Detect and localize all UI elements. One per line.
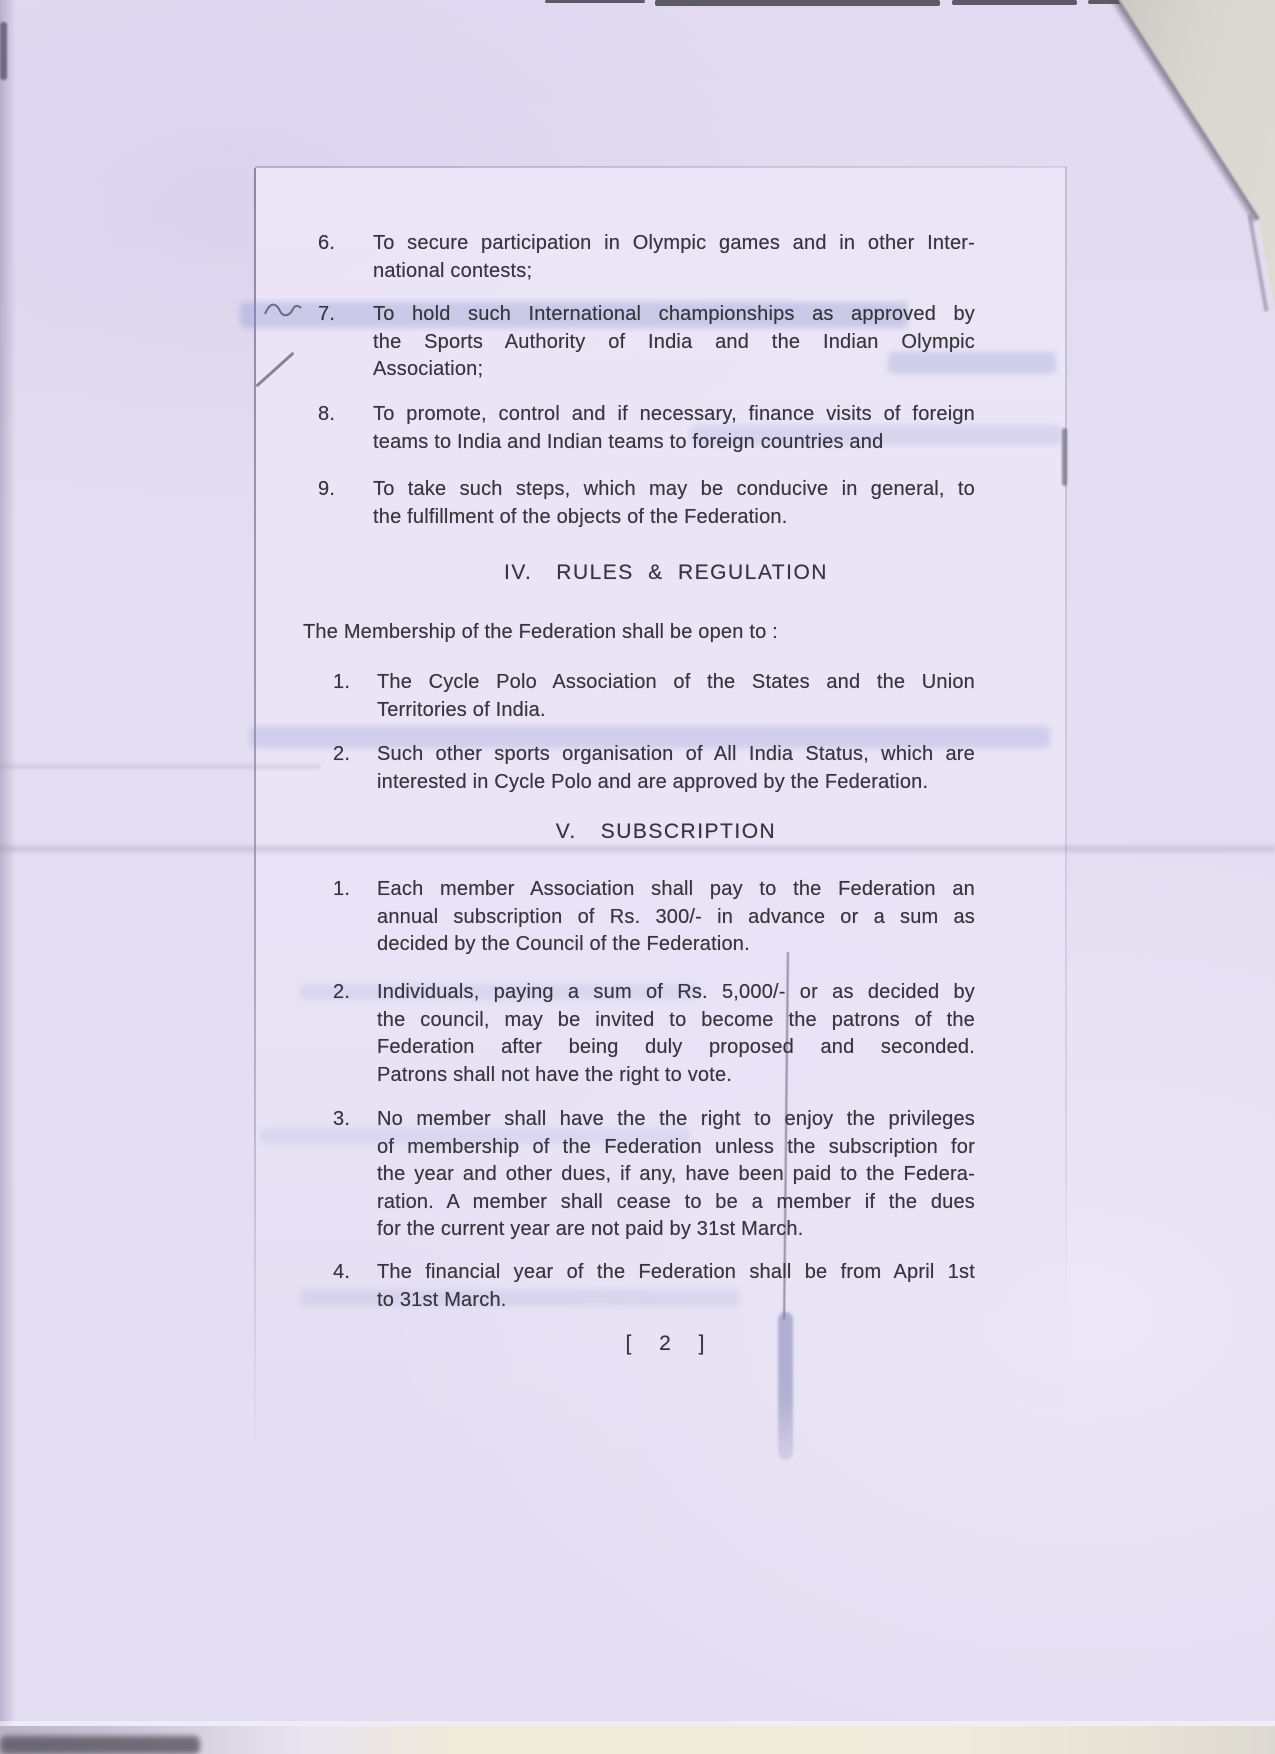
item-line: Patrons shall not have the right to vote… <box>377 1062 975 1090</box>
item-line: annual subscription of Rs. 300/- in adva… <box>377 904 975 932</box>
item-line: Federation after being duly proposed and… <box>377 1034 975 1062</box>
section-numeral: V. <box>556 820 577 843</box>
item-line: decided by the Council of the Federation… <box>377 931 975 959</box>
scan-top-strip-segment <box>1088 0 1146 4</box>
item-number: 8. <box>318 401 335 429</box>
item-line: interested in Cycle Polo and are approve… <box>377 769 975 797</box>
membership-item-2: 2. Such other sports organisation of All… <box>377 741 975 796</box>
subscription-item-3: 3. No member shall have the the right to… <box>377 1106 975 1244</box>
item-number: 1. <box>333 876 350 904</box>
item-line: To promote, control and if necessary, fi… <box>373 401 975 429</box>
item-line: national contests; <box>373 258 975 286</box>
scanned-document-page: { "document": { "objectives": { "items":… <box>0 0 1275 1754</box>
item-number: 2. <box>333 979 350 1007</box>
sheet-top-edge-line <box>255 166 1066 168</box>
item-line: ration. A member shall cease to be a mem… <box>377 1189 975 1217</box>
item-line: To secure participation in Olympic games… <box>373 230 975 258</box>
section-title: RULES & REGULATION <box>556 561 828 584</box>
item-line: of membership of the Federation unless t… <box>377 1134 975 1162</box>
section-heading-rules-regulation: IV.RULES & REGULATION <box>303 561 1029 585</box>
item-number: 3. <box>333 1106 350 1134</box>
item-line: the year and other dues, if any, have be… <box>377 1161 975 1189</box>
item-number: 1. <box>333 669 350 697</box>
bottom-left-smudge <box>0 1736 200 1754</box>
page-number: [ 2 ] <box>303 1332 1029 1356</box>
subscription-item-2: 2. Individuals, paying a sum of Rs. 5,00… <box>377 979 975 1089</box>
pen-stroke-mark <box>255 352 294 388</box>
pen-scribble-mark <box>262 298 304 322</box>
objective-item-9: 9. To take such steps, which may be cond… <box>373 476 975 531</box>
item-line: The Cycle Polo Association of the States… <box>377 669 975 697</box>
membership-intro-line: The Membership of the Federation shall b… <box>303 621 778 644</box>
scanner-bottom-band <box>0 1726 1275 1754</box>
sheet-left-edge-line <box>254 168 256 1456</box>
item-line: the Sports Authority of India and the In… <box>373 329 975 357</box>
sheet-right-edge-line <box>1065 167 1067 1317</box>
item-line: To take such steps, which may be conduci… <box>373 476 975 504</box>
subscription-item-4: 4. The financial year of the Federation … <box>377 1259 975 1314</box>
item-number: 4. <box>333 1259 350 1287</box>
objective-item-7: 7. To hold such International championsh… <box>373 301 975 384</box>
item-line: Such other sports organisation of All In… <box>377 741 975 769</box>
section-numeral: IV. <box>504 561 532 584</box>
item-number: 9. <box>318 476 335 504</box>
item-number: 7. <box>318 301 335 329</box>
item-line: Territories of India. <box>377 697 975 725</box>
item-number: 6. <box>318 230 335 258</box>
item-line: Each member Association shall pay to the… <box>377 876 975 904</box>
item-line: to 31st March. <box>377 1287 975 1315</box>
section-title: SUBSCRIPTION <box>601 820 777 843</box>
item-line: Individuals, paying a sum of Rs. 5,000/-… <box>377 979 975 1007</box>
item-line: No member shall have the the right to en… <box>377 1106 975 1134</box>
item-line: Association; <box>373 356 975 384</box>
folded-corner-triangle <box>1100 0 1275 330</box>
subscription-item-1: 1. Each member Association shall pay to … <box>377 876 975 959</box>
item-line: To hold such International championships… <box>373 301 975 329</box>
sheet-right-edge-blotch <box>1062 428 1067 486</box>
scan-top-strip-segment <box>545 0 645 3</box>
bottom-paper-edge-gap <box>0 1721 1275 1726</box>
objective-item-8: 8. To promote, control and if necessary,… <box>373 401 975 456</box>
horizontal-fold-crease-left <box>0 762 320 771</box>
scan-left-edge-shadow <box>0 0 16 1754</box>
folded-corner-shadow <box>1110 0 1260 224</box>
membership-item-1: 1. The Cycle Polo Association of the Sta… <box>377 669 975 724</box>
scan-top-strip-segment <box>655 0 940 6</box>
item-number: 2. <box>333 741 350 769</box>
item-line: teams to India and Indian teams to forei… <box>373 429 975 457</box>
objective-item-6: 6. To secure participation in Olympic ga… <box>373 230 975 285</box>
item-line: for the current year are not paid by 31s… <box>377 1216 975 1244</box>
item-line: the council, may be invited to become th… <box>377 1007 975 1035</box>
scan-left-edge-mark <box>0 22 7 80</box>
folded-corner-shadow-lower <box>1248 214 1269 311</box>
item-line: The financial year of the Federation sha… <box>377 1259 975 1287</box>
item-line: the fulfillment of the objects of the Fe… <box>373 504 975 532</box>
scan-top-strip-segment <box>952 0 1077 5</box>
horizontal-fold-crease <box>0 843 1275 855</box>
section-heading-subscription: V.SUBSCRIPTION <box>303 820 1029 844</box>
